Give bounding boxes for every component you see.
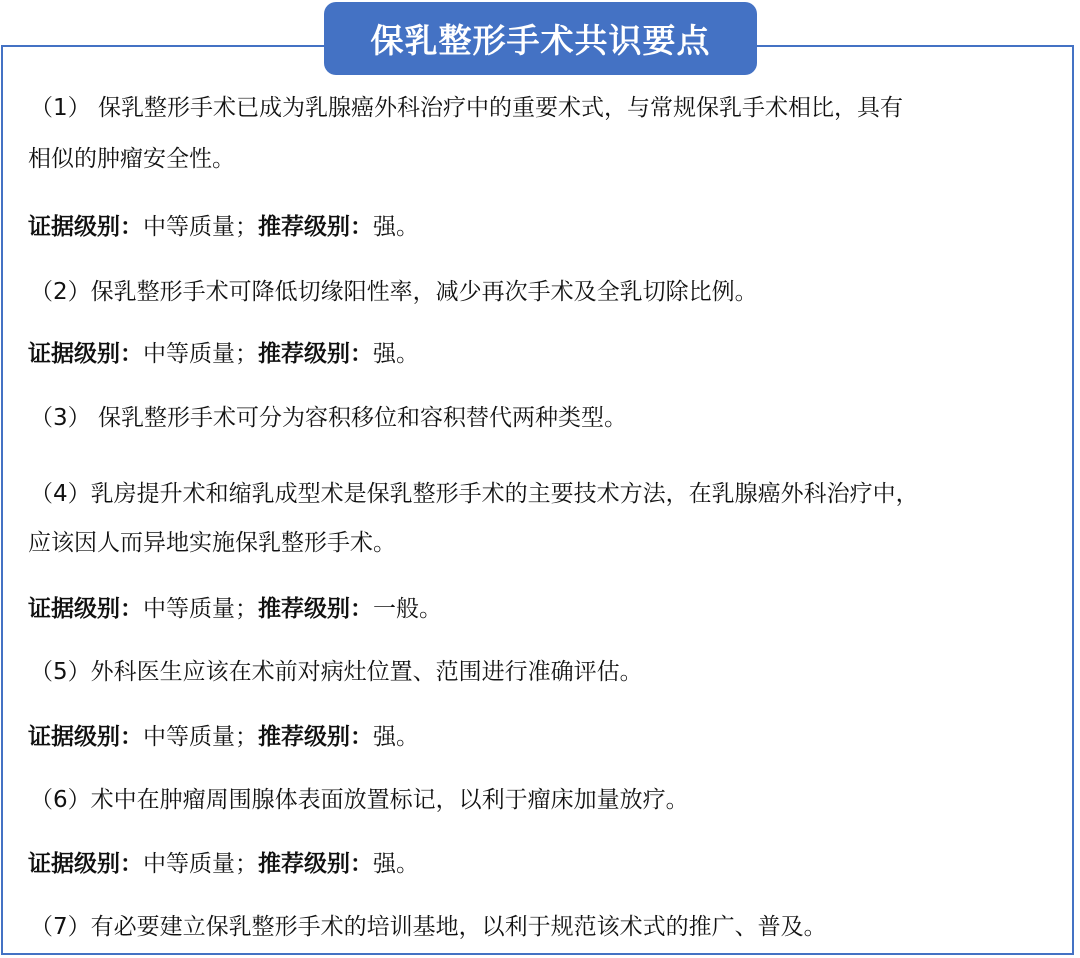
- title-banner: 保乳整形手术共识要点: [324, 2, 757, 75]
- item-4-line-1: （4）乳房提升术和缩乳成型术是保乳整形手术的主要技术方法，在乳腺癌外科治疗中，: [30, 479, 919, 509]
- item-5-line-1: （5）外科医生应该在术前对病灶位置、范围进行准确评估。: [30, 657, 643, 687]
- recommend-label: 推荐级别：: [258, 214, 373, 240]
- evidence-value: 中等质量；: [143, 341, 258, 367]
- item-4-grade: 证据级别：中等质量；推荐级别：一般。: [28, 594, 442, 624]
- recommend-value: 强。: [373, 851, 419, 877]
- item-1-grade: 证据级别：中等质量；推荐级别：强。: [28, 212, 419, 242]
- item-6-grade: 证据级别：中等质量；推荐级别：强。: [28, 849, 419, 879]
- recommend-label: 推荐级别：: [258, 851, 373, 877]
- evidence-label: 证据级别：: [28, 724, 143, 750]
- evidence-label: 证据级别：: [28, 214, 143, 240]
- evidence-label: 证据级别：: [28, 596, 143, 622]
- recommend-value: 强。: [373, 724, 419, 750]
- recommend-label: 推荐级别：: [258, 596, 373, 622]
- recommend-label: 推荐级别：: [258, 724, 373, 750]
- page-title: 保乳整形手术共识要点: [371, 15, 711, 62]
- evidence-value: 中等质量；: [143, 851, 258, 877]
- recommend-value: 强。: [373, 341, 419, 367]
- item-1-line-1: （1） 保乳整形手术已成为乳腺癌外科治疗中的重要术式，与常规保乳手术相比，具有: [30, 93, 903, 123]
- evidence-label: 证据级别：: [28, 851, 143, 877]
- item-4-line-2: 应该因人而异地实施保乳整形手术。: [28, 528, 396, 558]
- evidence-value: 中等质量；: [143, 596, 258, 622]
- recommend-value: 强。: [373, 214, 419, 240]
- item-2-grade: 证据级别：中等质量；推荐级别：强。: [28, 339, 419, 369]
- item-2-line-1: （2）保乳整形手术可降低切缘阳性率，减少再次手术及全乳切除比例。: [30, 277, 758, 307]
- item-6-line-1: （6）术中在肿瘤周围腺体表面放置标记，以利于瘤床加量放疗。: [30, 785, 689, 815]
- item-1-line-2: 相似的肿瘤安全性。: [28, 144, 235, 174]
- evidence-label: 证据级别：: [28, 341, 143, 367]
- evidence-value: 中等质量；: [143, 724, 258, 750]
- item-3-line-1: （3） 保乳整形手术可分为容积移位和容积替代两种类型。: [30, 403, 627, 433]
- recommend-label: 推荐级别：: [258, 341, 373, 367]
- item-7-line-1: （7）有必要建立保乳整形手术的培训基地，以利于规范该术式的推广、普及。: [30, 912, 827, 942]
- item-5-grade: 证据级别：中等质量；推荐级别：强。: [28, 722, 419, 752]
- recommend-value: 一般。: [373, 596, 442, 622]
- evidence-value: 中等质量；: [143, 214, 258, 240]
